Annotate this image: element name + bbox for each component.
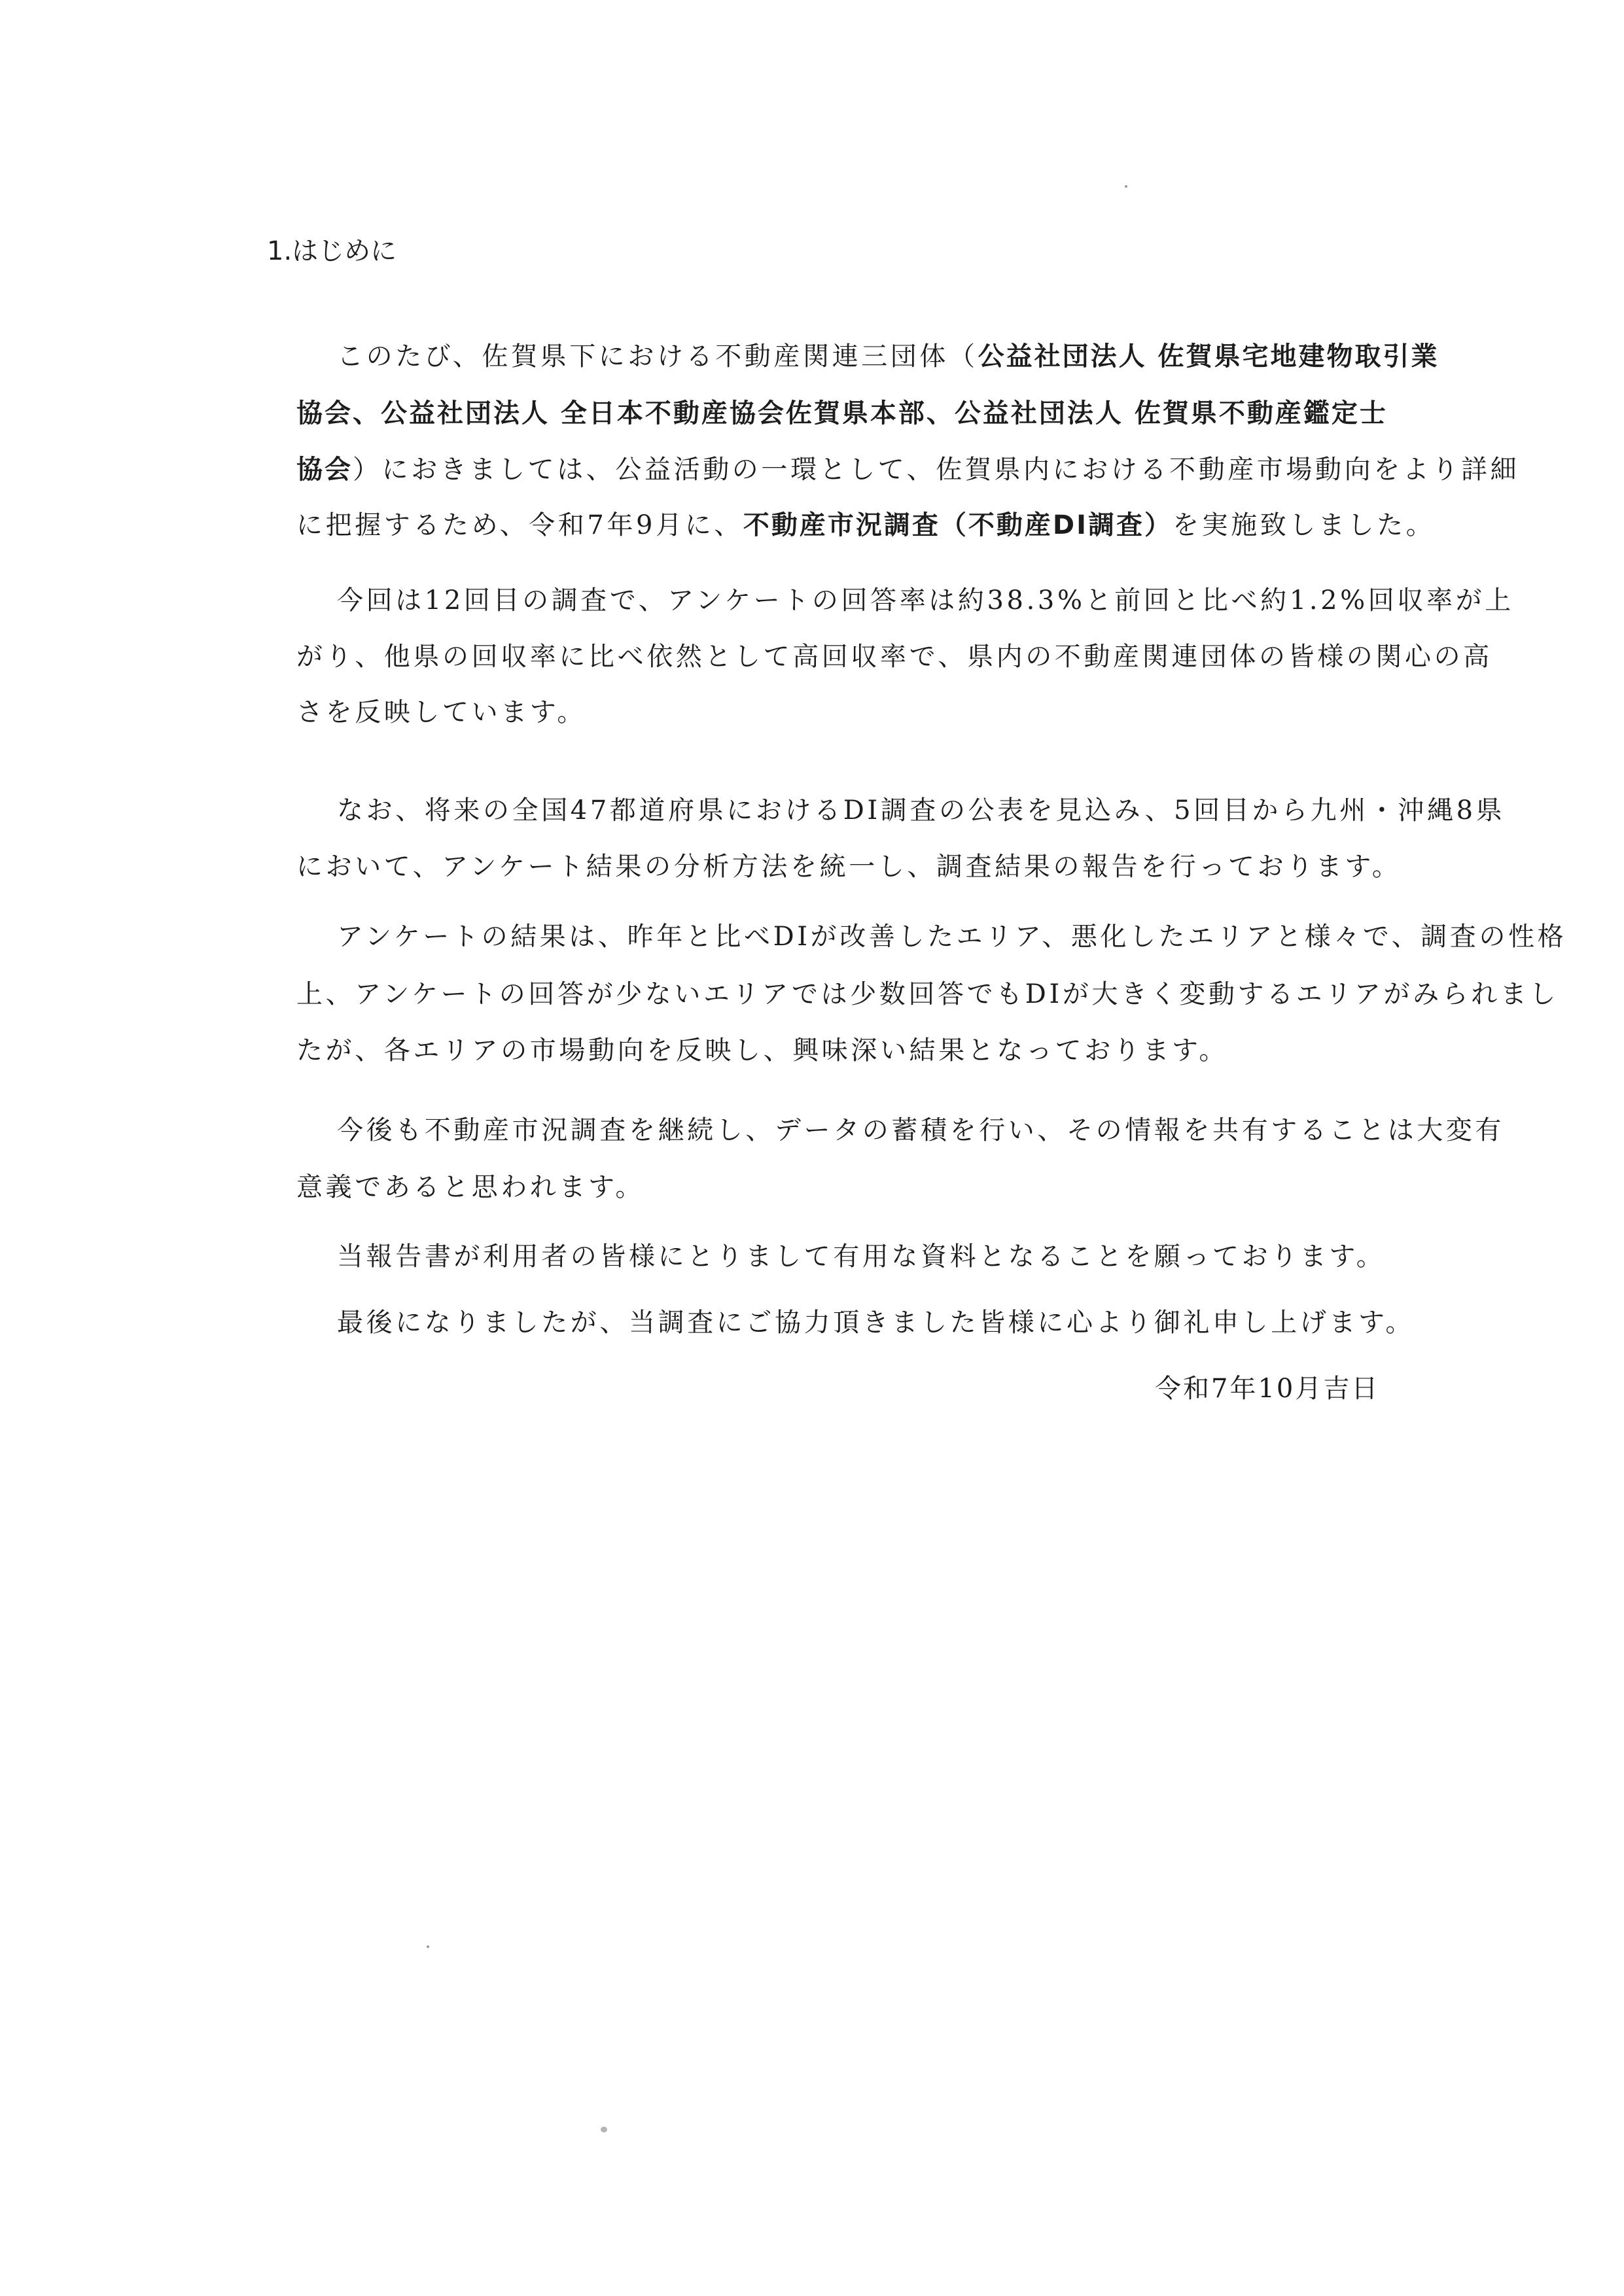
paragraph-1-line-2: 協会、公益社団法人 全日本不動産協会佐賀県本部、公益社団法人 佐賀県不動産鑑定士 — [296, 397, 1369, 430]
paragraph-4-line-3: たが、各エリアの市場動向を反映し、興味深い結果となっております。 — [296, 1034, 1369, 1067]
text-segment: に把握するため、令和7年9月に、 — [296, 510, 743, 540]
organization-name-bold: 協会 — [296, 455, 353, 485]
paragraph-2-line-2: がり、他県の回収率に比べ依然として高回収率で、県内の不動産関連団体の皆様の関心の… — [296, 640, 1369, 673]
organization-names-bold: 協会、公益社団法人 全日本不動産協会佐賀県本部、公益社団法人 佐賀県不動産鑑定士 — [296, 398, 1388, 428]
text-segment: 今回は12回目の調査で、アンケートの回答率は約38.3%と前回と比べ約1.2%回… — [337, 585, 1514, 616]
text-segment: たが、各エリアの市場動向を反映し、興味深い結果となっております。 — [296, 1035, 1228, 1066]
document-page: 1.はじめに このたび、佐賀県下における不動産関連三団体（公益社団法人 佐賀県宅… — [0, 0, 1624, 2296]
text-segment: 当報告書が利用者の皆様にとりまして有用な資料となることを願っております。 — [337, 1242, 1385, 1272]
scan-speck — [427, 1945, 429, 1948]
paragraph-1-line-4: に把握するため、令和7年9月に、不動産市況調査（不動産DI調査）を実施致しました… — [296, 509, 1369, 542]
text-segment: このたび、佐賀県下における不動産関連三団体（ — [337, 341, 978, 372]
paragraph-3-line-1: なお、将来の全国47都道府県におけるDI調査の公表を見込み、5回目から九州・沖縄… — [337, 794, 1369, 827]
text-segment: アンケートの結果は、昨年と比べDIが改善したエリア、悪化したエリアと様々で、調査… — [337, 922, 1566, 952]
text-segment: がり、他県の回収率に比べ依然として高回収率で、県内の不動産関連団体の皆様の関心の… — [296, 642, 1492, 672]
paragraph-4-line-1: アンケートの結果は、昨年と比べDIが改善したエリア、悪化したエリアと様々で、調査… — [337, 920, 1369, 953]
scan-speck — [601, 2127, 607, 2132]
text-segment: において、アンケート結果の分析方法を統一し、調査結果の報告を行っております。 — [296, 852, 1401, 882]
paragraph-5-line-1: 今後も不動産市況調査を継続し、データの蓄積を行い、その情報を共有することは大変有 — [337, 1114, 1369, 1147]
text-segment: ）におきましては、公益活動の一環として、佐賀県内における不動産市場動向をより詳細 — [353, 455, 1519, 485]
paragraph-5-line-2: 意義であると思われます。 — [296, 1171, 1369, 1204]
scan-speck — [1125, 185, 1127, 188]
paragraph-3-line-2: において、アンケート結果の分析方法を統一し、調査結果の報告を行っております。 — [296, 850, 1369, 883]
text-segment: 上、アンケートの回答が少ないエリアでは少数回答でもDIが大きく変動するエリアがみ… — [296, 979, 1559, 1009]
text-segment: 今後も不動産市況調査を継続し、データの蓄積を行い、その情報を共有することは大変有 — [337, 1115, 1504, 1145]
organization-name-bold: 公益社団法人 佐賀県宅地建物取引業 — [978, 341, 1439, 372]
text-segment: さを反映しています。 — [296, 697, 586, 727]
paragraph-2-line-1: 今回は12回目の調査で、アンケートの回答率は約38.3%と前回と比べ約1.2%回… — [337, 584, 1369, 617]
document-date: 令和7年10月吉日 — [1155, 1372, 1379, 1405]
section-heading: 1.はじめに — [267, 235, 397, 267]
survey-name-bold: 不動産市況調査（不動産DI調査） — [743, 510, 1173, 540]
paragraph-6-line-1: 当報告書が利用者の皆様にとりまして有用な資料となることを願っております。 — [337, 1240, 1369, 1273]
text-segment: 最後になりましたが、当調査にご協力頂きました皆様に心より御礼申し上げます。 — [337, 1308, 1415, 1338]
text-segment: を実施致しました。 — [1173, 510, 1435, 540]
text-segment: 意義であると思われます。 — [296, 1172, 644, 1202]
paragraph-1-line-1: このたび、佐賀県下における不動産関連三団体（公益社団法人 佐賀県宅地建物取引業 — [337, 340, 1369, 373]
paragraph-7-line-1: 最後になりましたが、当調査にご協力頂きました皆様に心より御礼申し上げます。 — [337, 1306, 1369, 1339]
text-segment: なお、将来の全国47都道府県におけるDI調査の公表を見込み、5回目から九州・沖縄… — [337, 795, 1505, 826]
paragraph-4-line-2: 上、アンケートの回答が少ないエリアでは少数回答でもDIが大きく変動するエリアがみ… — [296, 978, 1369, 1011]
paragraph-1-line-3: 協会）におきましては、公益活動の一環として、佐賀県内における不動産市場動向をより… — [296, 453, 1369, 486]
paragraph-2-line-3: さを反映しています。 — [296, 696, 1369, 729]
